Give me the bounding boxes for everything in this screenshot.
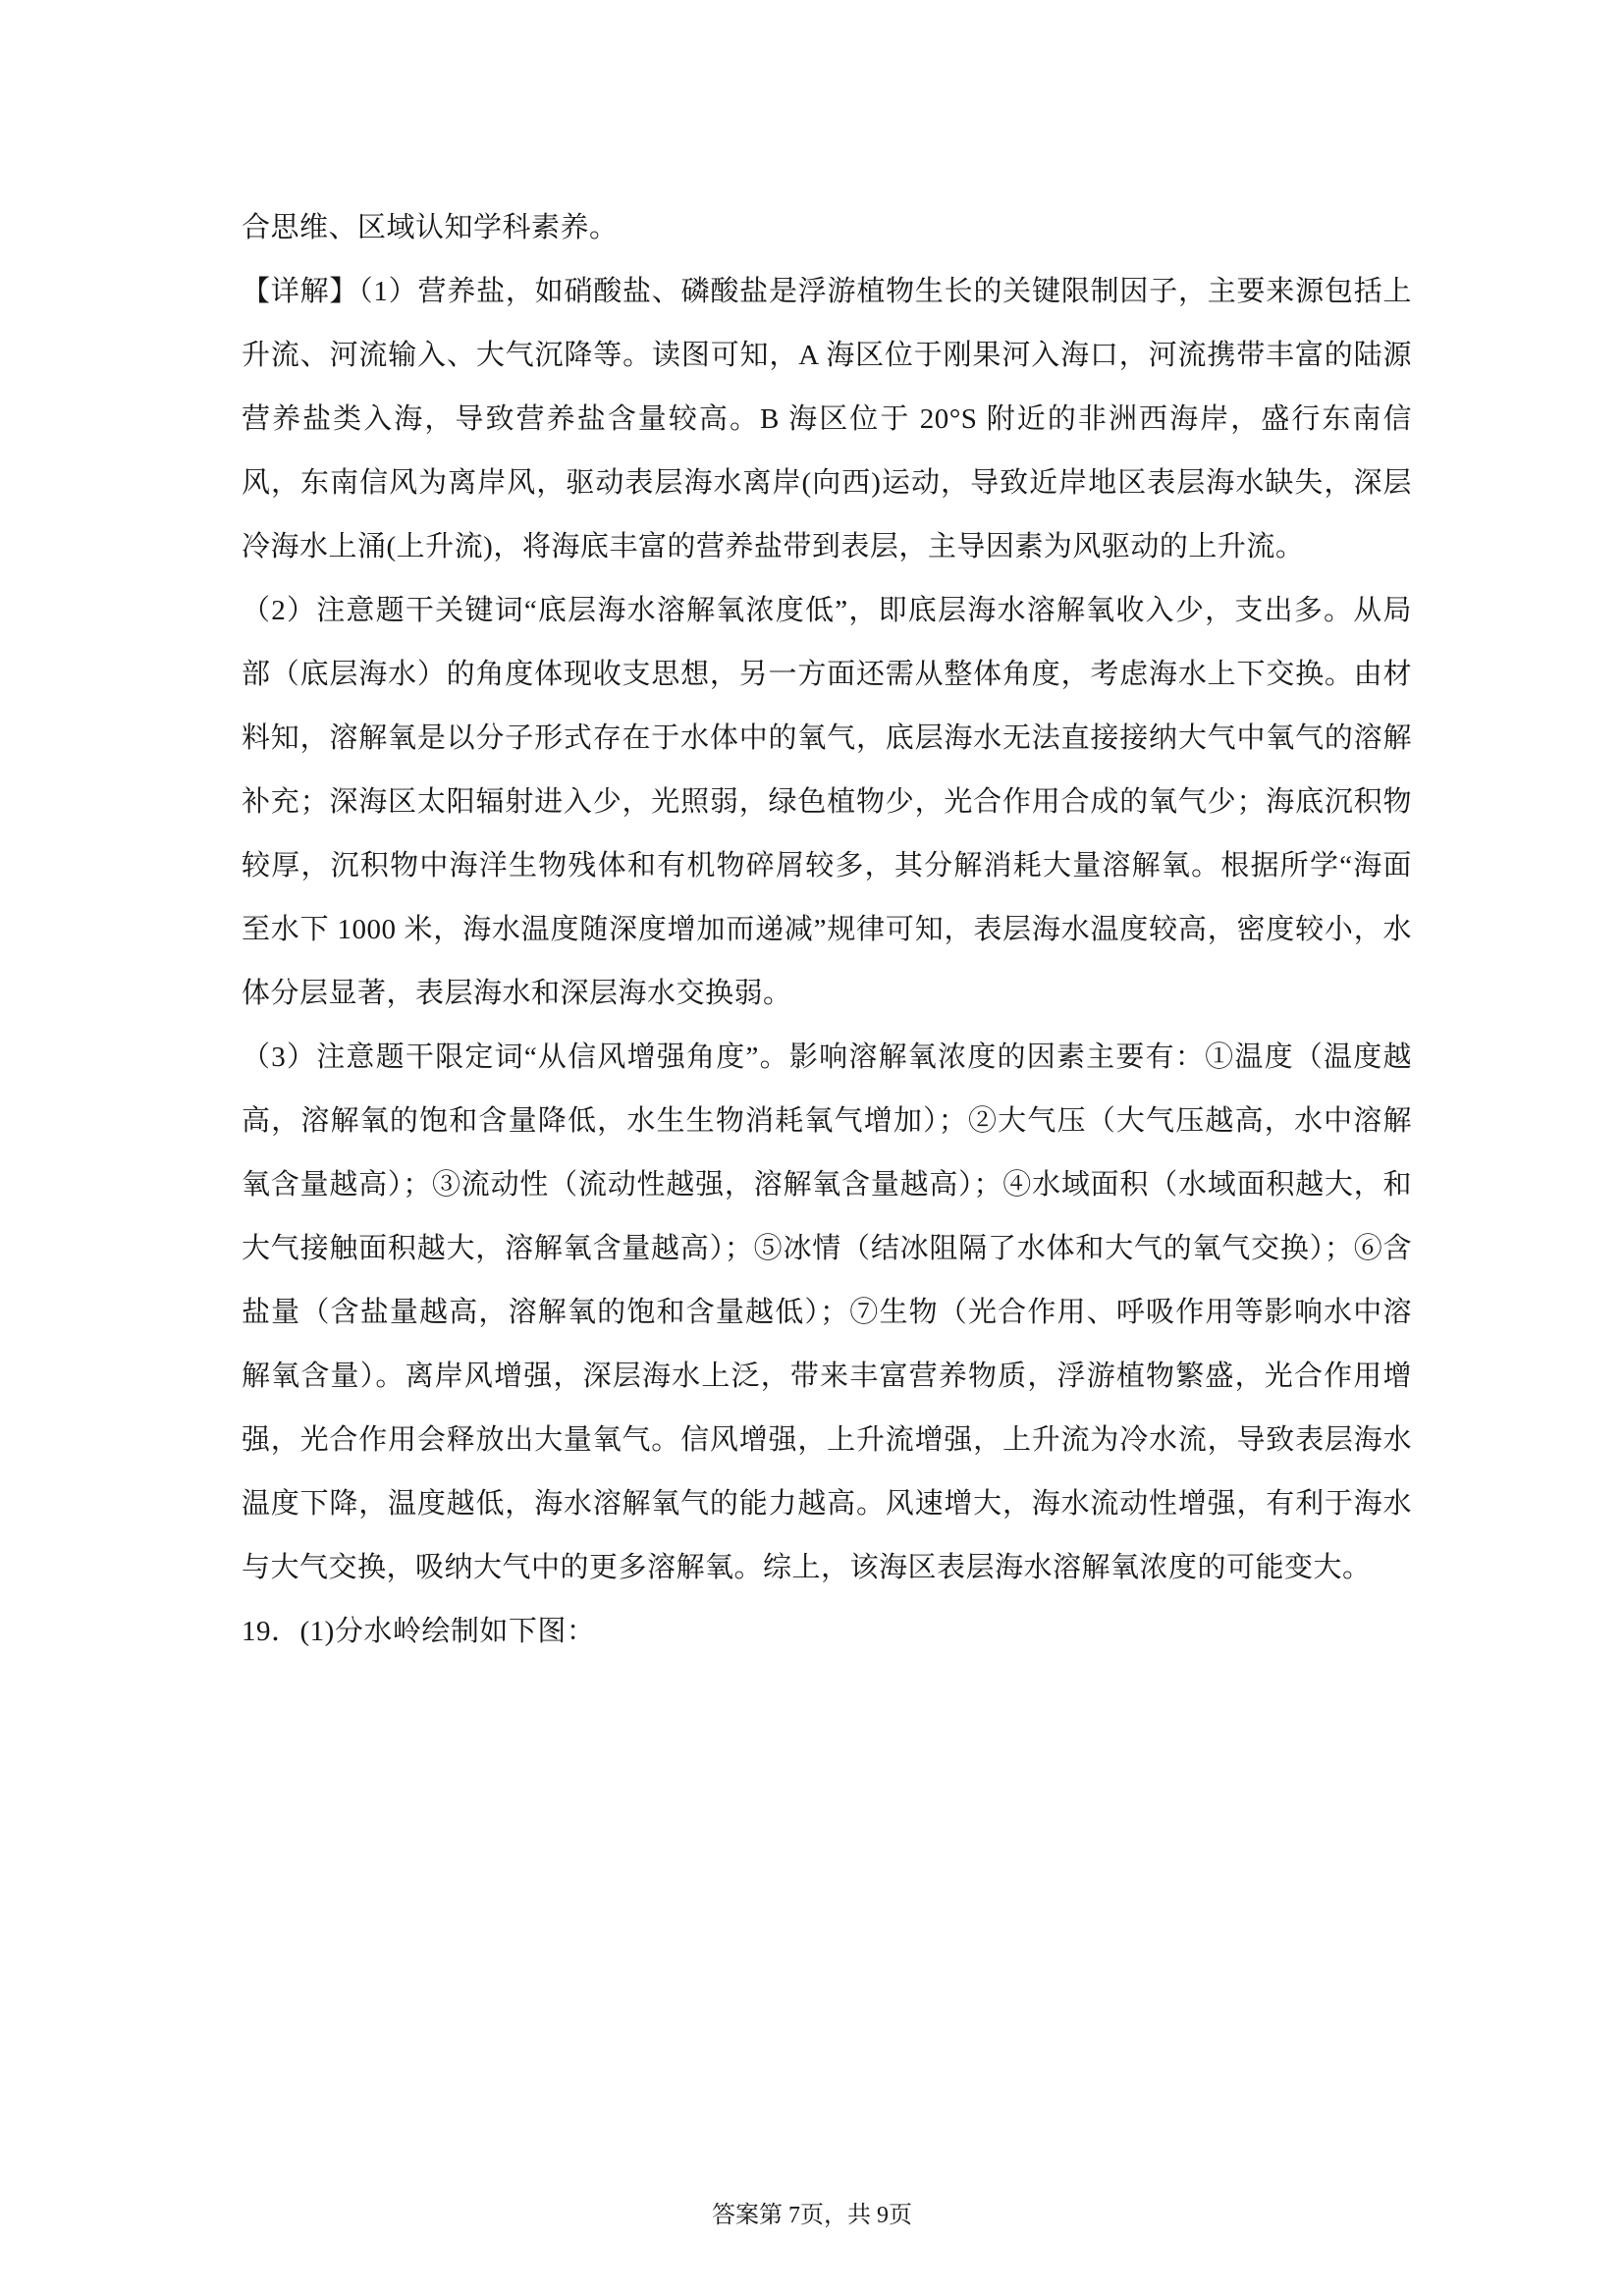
detail-answer-part2: （2）注意题干关键词“底层海水溶解氧浓度低”，即底层海水溶解氧收入少，支出多。从… [242,579,1412,1026]
detail-answer-part3: （3）注意题干限定词“从信风增强角度”。影响溶解氧浓度的因素主要有：①温度（温度… [242,1026,1412,1600]
question-19-answer-intro: 19．(1)分水岭绘制如下图： [242,1600,1412,1664]
document-page: 合思维、区域认知学科素养。 【详解】（1）营养盐，如硝酸盐、磷酸盐是浮游植物生长… [0,0,1624,2296]
answer-content: 合思维、区域认知学科素养。 【详解】（1）营养盐，如硝酸盐、磷酸盐是浮游植物生长… [242,196,1412,1664]
page-footer: 答案第 7页，共 9页 [0,2199,1624,2232]
continuation-line: 合思维、区域认知学科素养。 [242,196,1412,260]
detail-answer-part1: 【详解】（1）营养盐，如硝酸盐、磷酸盐是浮游植物生长的关键限制因子，主要来源包括… [242,260,1412,579]
